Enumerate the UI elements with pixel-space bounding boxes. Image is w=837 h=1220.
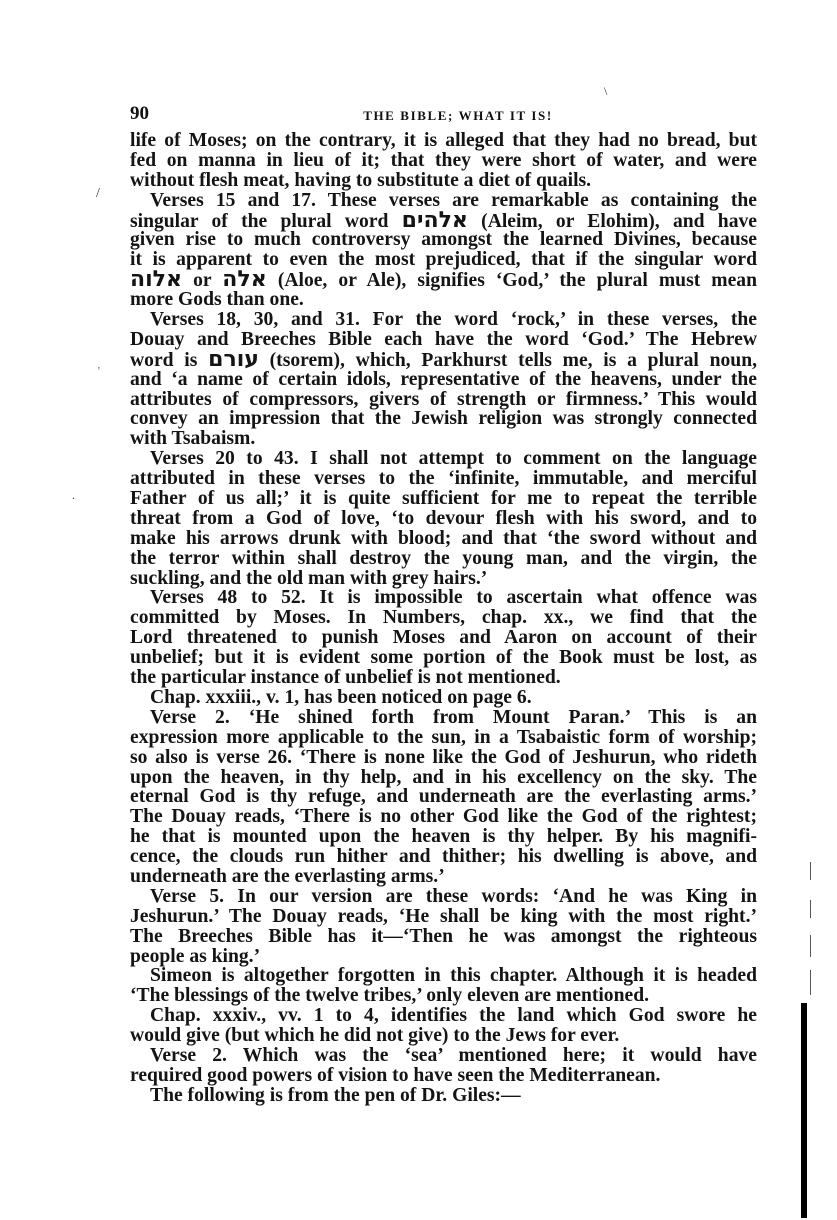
margin-line <box>810 900 811 918</box>
text-line: attributes of compressors, givers of str… <box>130 390 757 410</box>
text-line: cence, the clouds run hither and thither… <box>130 847 757 867</box>
text-line: the terror within shall destroy the youn… <box>130 549 757 569</box>
text-line: underneath are the everlasting arms.’ <box>130 867 757 887</box>
margin-mark: / <box>96 186 100 202</box>
text-line: without flesh meat, having to substitute… <box>130 171 757 191</box>
text-line: with Tsabaism. <box>130 429 757 449</box>
text-line: suckling, and the old man with grey hair… <box>130 569 757 589</box>
text-line: Verse 5. In our version are these words:… <box>130 887 757 907</box>
text-line: unbelief; but it is evident some portion… <box>130 648 757 668</box>
margin-line <box>810 970 811 995</box>
margin-mark: ' <box>98 366 100 377</box>
text-line: make his arrows drunk with blood; and th… <box>130 529 757 549</box>
text-line: he that is mounted upon the heaven is th… <box>130 827 757 847</box>
running-head: 90 THE BIBLE; WHAT IT IS! <box>128 103 758 127</box>
text-line: Lord threatened to punish Moses and Aaro… <box>130 628 757 648</box>
text-line: more Gods than one. <box>130 290 757 310</box>
text-line: attributed in these verses to the ‘infin… <box>130 469 757 489</box>
text-line: and ‘a name of certain idols, representa… <box>130 370 757 390</box>
text-line: convey an impression that the Jewish rel… <box>130 409 757 429</box>
text-line: Chap. xxxiv., vv. 1 to 4, identifies the… <box>130 1006 757 1026</box>
text-line: word is עורם (tsorem), which, Parkhurst … <box>130 350 757 370</box>
body-text: life of Moses; on the contrary, it is al… <box>130 131 757 1106</box>
text-line: given rise to much controversy amongst t… <box>130 230 757 250</box>
text-line: Chap. xxxiii., v. 1, has been noticed on… <box>130 688 757 708</box>
text-line: expression more applicable to the sun, i… <box>130 728 757 748</box>
text-line: threat from a God of love, ‘to devour fl… <box>130 509 757 529</box>
text-line: Verse 2. Which was the ‘sea’ mentioned h… <box>130 1046 757 1066</box>
text-line: people as king.’ <box>130 947 757 967</box>
text-line: Verses 18, 30, and 31. For the word ‘roc… <box>130 310 757 330</box>
text-line: The Douay reads, ‘There is no other God … <box>130 807 757 827</box>
text-line: Verses 48 to 52. It is impossible to asc… <box>130 588 757 608</box>
text-line: Jeshurun.’ The Douay reads, ‘He shall be… <box>130 907 757 927</box>
text-line: fed on manna in lieu of it; that they we… <box>130 151 757 171</box>
margin-mark: . <box>72 488 75 503</box>
margin-line <box>810 862 811 880</box>
text-line: ‘The blessings of the twelve tribes,’ on… <box>130 986 757 1006</box>
text-line: required good powers of vision to have s… <box>130 1066 757 1086</box>
text-line: so also is verse 26. ‘There is none like… <box>130 748 757 768</box>
text-line: Verses 20 to 43. I shall not attempt to … <box>130 449 757 469</box>
text-line: the particular instance of unbelief is n… <box>130 668 757 688</box>
text-line: life of Moses; on the contrary, it is al… <box>130 131 757 151</box>
text-line: upon the heaven, in thy help, and in his… <box>130 768 757 788</box>
text-line: אלוה or אלה (Aloe, or Ale), signifies ‘G… <box>130 270 757 290</box>
running-title: THE BIBLE; WHAT IT IS! <box>128 108 758 124</box>
text-line: singular of the plural word אלהים (Aleim… <box>130 211 757 231</box>
text-line: The Breeches Bible has it—‘Then he was a… <box>130 927 757 947</box>
text-line: eternal God is thy refuge, and underneat… <box>130 787 757 807</box>
text-line: Father of us all;’ it is quite sufficien… <box>130 489 757 509</box>
text-line: committed by Moses. In Numbers, chap. xx… <box>130 608 757 628</box>
text-line: Verse 2. ‘He shined forth from Mount Par… <box>130 708 757 728</box>
page-edge-shadow <box>801 1003 807 1218</box>
text-line: Simeon is altogether forgotten in this c… <box>130 966 757 986</box>
text-line: The following is from the pen of Dr. Gil… <box>130 1086 757 1106</box>
scanned-book-page: 90 THE BIBLE; WHAT IT IS! life of Moses;… <box>0 0 837 1220</box>
margin-mark: \ <box>604 84 607 99</box>
margin-line <box>810 935 811 957</box>
text-line: would give (but which he did not give) t… <box>130 1026 757 1046</box>
